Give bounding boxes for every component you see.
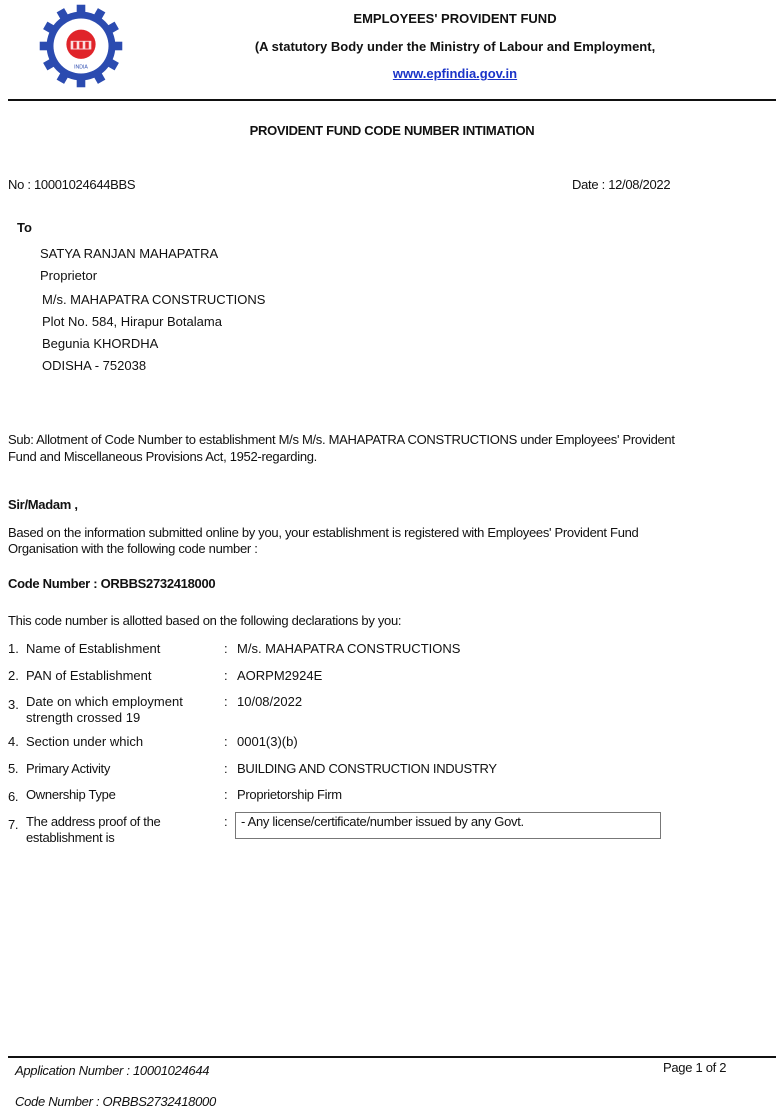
declaration-colon: : xyxy=(224,668,228,683)
declaration-number: 2. xyxy=(8,668,19,683)
declaration-number: 7. xyxy=(8,817,18,832)
recipient-name: SATYA RANJAN MAHAPATRA xyxy=(40,246,218,261)
declaration-number: 4. xyxy=(8,734,19,749)
declaration-label: The address proof of the establishment i… xyxy=(26,814,196,846)
recipient-address-line1: Plot No. 584, Hirapur Botalama xyxy=(42,314,222,329)
recipient-address-line3: ODISHA - 752038 xyxy=(42,358,146,373)
declaration-label: Primary Activity xyxy=(26,761,216,777)
document-number: No : 10001024644BBS xyxy=(8,177,135,192)
declaration-number: 1. xyxy=(8,641,19,656)
code-number: Code Number : ORBBS2732418000 xyxy=(8,576,215,591)
intro-line2: Organisation with the following code num… xyxy=(8,541,258,556)
declaration-label: Ownership Type xyxy=(26,787,216,803)
declaration-colon: : xyxy=(224,761,227,776)
page-indicator: Page 1 of 2 xyxy=(663,1060,726,1075)
declaration-value: Proprietorship Firm xyxy=(237,787,342,802)
declaration-label: Name of Establishment xyxy=(26,641,216,657)
declaration-number: 3. xyxy=(8,697,19,712)
epfo-logo-icon: INDIA xyxy=(38,3,124,89)
declaration-value: M/s. MAHAPATRA CONSTRUCTIONS xyxy=(237,641,460,656)
footer-code-number: Code Number : ORBBS2732418000 xyxy=(15,1094,216,1109)
declaration-number: 6. xyxy=(8,789,18,804)
declaration-value: 10/08/2022 xyxy=(237,694,302,709)
declarations-intro: This code number is allotted based on th… xyxy=(8,613,401,628)
address-proof-value: - Any license/certificate/number issued … xyxy=(241,814,524,829)
svg-text:INDIA: INDIA xyxy=(74,64,88,70)
declaration-colon: : xyxy=(224,787,227,802)
declaration-number: 5. xyxy=(8,761,18,776)
to-label: To xyxy=(17,220,32,235)
footer-application-number: Application Number : 10001024644 xyxy=(15,1063,209,1078)
declaration-label: Date on which employment strength crosse… xyxy=(26,694,206,726)
recipient-address-line2: Begunia KHORDHA xyxy=(42,336,158,351)
declaration-value: BUILDING AND CONSTRUCTION INDUSTRY xyxy=(237,761,497,776)
document-date: Date : 12/08/2022 xyxy=(572,177,670,192)
declaration-colon: : xyxy=(224,694,228,709)
declaration-colon: : xyxy=(224,734,228,749)
subject-line1: Sub: Allotment of Code Number to establi… xyxy=(8,432,675,447)
address-proof-box: - Any license/certificate/number issued … xyxy=(235,812,661,839)
footer-divider xyxy=(8,1056,776,1058)
declaration-label: PAN of Establishment xyxy=(26,668,216,684)
declaration-value: 0001(3)(b) xyxy=(237,734,298,749)
recipient-designation: Proprietor xyxy=(40,268,97,283)
recipient-establishment: M/s. MAHAPATRA CONSTRUCTIONS xyxy=(42,292,265,307)
document-title: PROVIDENT FUND CODE NUMBER INTIMATION xyxy=(0,123,784,138)
intro-line1: Based on the information submitted onlin… xyxy=(8,525,639,540)
org-name: EMPLOYEES' PROVIDENT FUND xyxy=(250,11,660,26)
declaration-label: Section under which xyxy=(26,734,216,750)
subject-line2: Fund and Miscellaneous Provisions Act, 1… xyxy=(8,449,317,464)
declaration-value: AORPM2924E xyxy=(237,668,322,683)
declaration-colon: : xyxy=(224,814,227,829)
header-divider xyxy=(8,99,776,101)
salutation: Sir/Madam , xyxy=(8,497,78,512)
declaration-colon: : xyxy=(224,641,228,656)
org-subtitle: (A statutory Body under the Ministry of … xyxy=(230,39,680,54)
website-link[interactable]: www.epfindia.gov.in xyxy=(393,66,517,81)
